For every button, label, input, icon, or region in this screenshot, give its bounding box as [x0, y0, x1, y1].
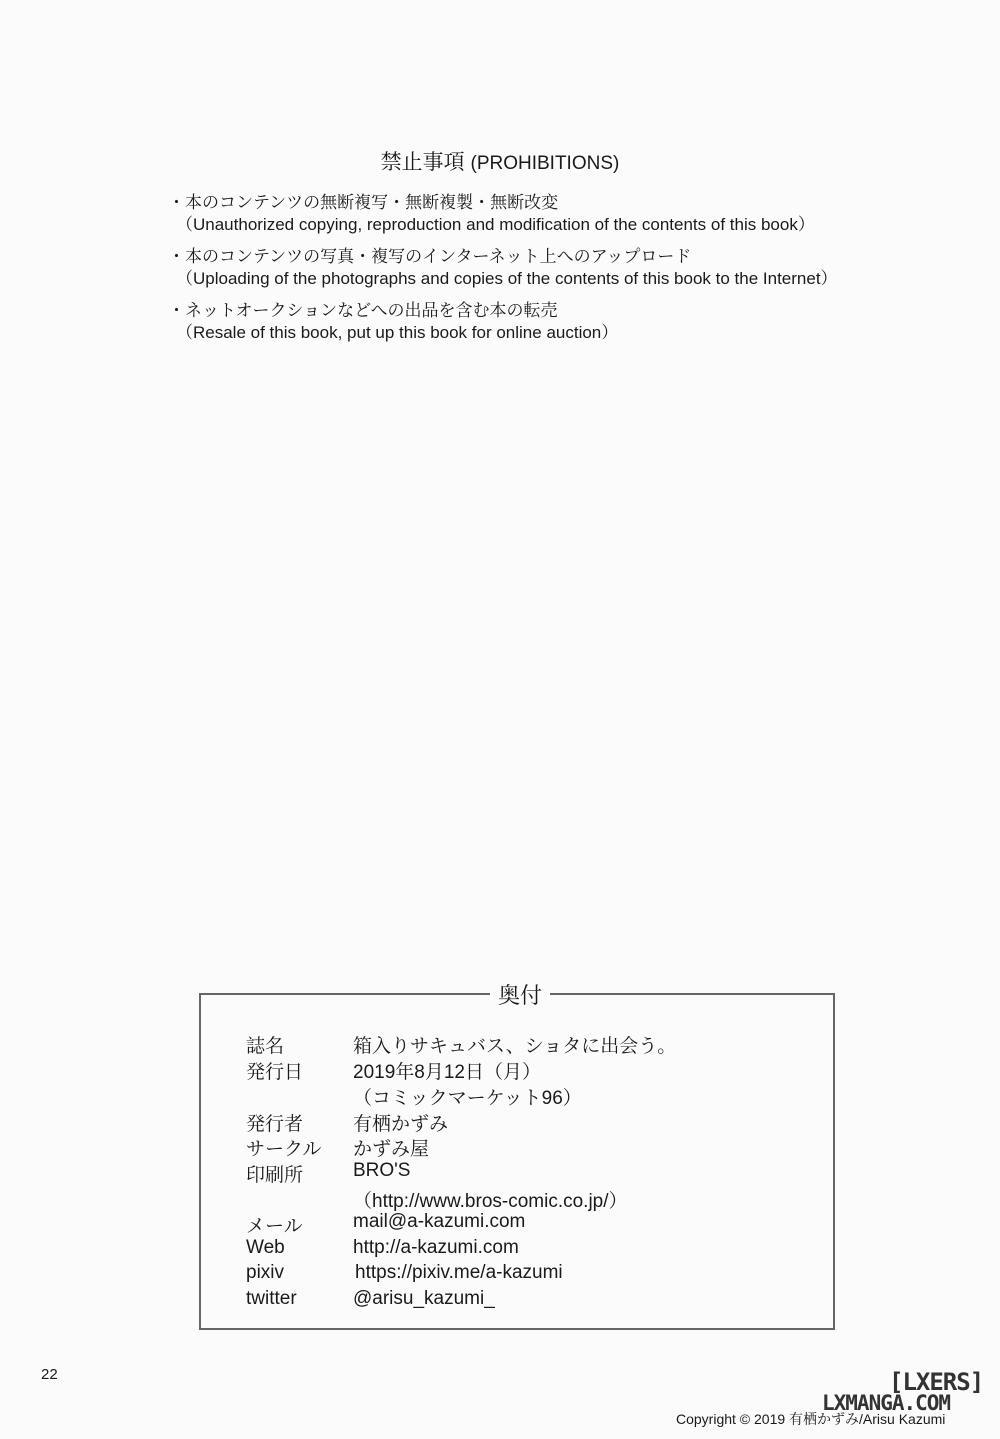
colophon-value: 有栖かずみ — [353, 1109, 448, 1136]
colophon-label: 誌名 — [246, 1031, 284, 1058]
colophon-label: 印刷所 — [246, 1160, 303, 1187]
colophon-label: サークル — [246, 1134, 321, 1161]
prohibitions-title: 禁止事項 (PROHIBITIONS) — [0, 146, 1000, 176]
colophon-label: pixiv — [246, 1262, 284, 1284]
prohibitions-title-jp: 禁止事項 — [381, 151, 465, 174]
colophon-title: 奥付 — [490, 981, 550, 1011]
colophon-value[interactable]: @arisu_kazumi_ — [353, 1288, 495, 1310]
colophon-value: 2019年8月12日（月） — [353, 1057, 541, 1084]
colophon-value: BRO'S — [353, 1160, 410, 1182]
colophon-value[interactable]: http://a-kazumi.com — [353, 1237, 519, 1259]
colophon-label: 発行者 — [246, 1109, 303, 1136]
colophon-label: メール — [246, 1211, 303, 1238]
page-number: 22 — [41, 1366, 58, 1383]
colophon-label: 発行日 — [246, 1057, 303, 1084]
colophon-value: 箱入りサキュバス、ショタに出会う。 — [353, 1031, 676, 1058]
prohibition-item-en: （Unauthorized copying, reproduction and … — [176, 210, 815, 235]
prohibitions-title-en: (PROHIBITIONS) — [471, 153, 620, 174]
colophon-label: Web — [246, 1237, 285, 1259]
colophon-value[interactable]: mail@a-kazumi.com — [353, 1211, 525, 1233]
colophon-value: （コミックマーケット96） — [353, 1083, 582, 1110]
colophon-value[interactable]: https://pixiv.me/a-kazumi — [355, 1262, 563, 1284]
copyright-text: Copyright © 2019 有栖かずみ/Arisu Kazumi — [676, 1409, 945, 1429]
prohibition-item-en: （Resale of this book, put up this book f… — [176, 318, 618, 343]
colophon-value[interactable]: （http://www.bros-comic.co.jp/） — [353, 1186, 628, 1213]
prohibition-item-en: （Uploading of the photographs and copies… — [176, 264, 838, 289]
colophon-value: かずみ屋 — [353, 1134, 429, 1161]
colophon-label: twitter — [246, 1288, 297, 1310]
